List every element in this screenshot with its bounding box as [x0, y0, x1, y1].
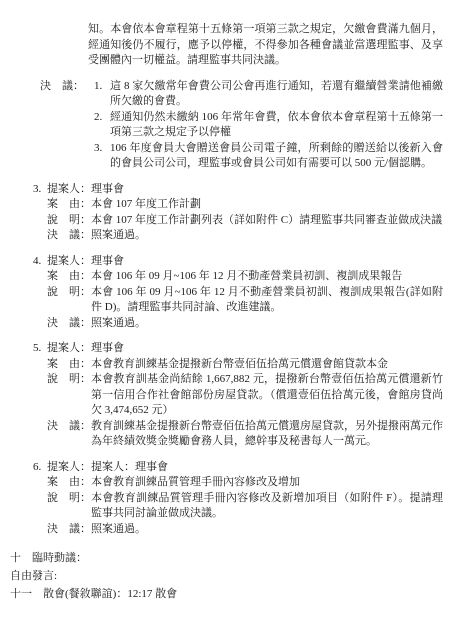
- resolution-item-number: 3.: [94, 141, 110, 172]
- resolution-label: 決 議：: [47, 522, 91, 538]
- proposal-row-case: 案 由： 本會教育訓練基金提撥新台幣壹佰伍拾萬元償還會館貸款本金: [47, 357, 443, 373]
- explanation-label: 說 明：: [47, 285, 91, 316]
- case-label: 案 由：: [47, 357, 91, 373]
- resolution-label: 決 議：: [47, 228, 91, 244]
- proposal-row-resolution: 決 議： 照案通過。: [47, 228, 443, 244]
- adjournment-line: 十一 散會(餐敘聯誼)：12:17 散會: [10, 585, 443, 603]
- case-text: 本會教育訓練基金提撥新台幣壹佰伍拾萬元償還會館貸款本金: [91, 357, 443, 373]
- proposal-row-explanation: 說 明： 本會教育訓練品質管理手冊內容修改及新增加項目（如附件 F）。提請理監事…: [47, 491, 443, 522]
- case-text: 本會教育訓練品質管理手冊內容修改及增加: [91, 475, 443, 491]
- resolution-item-text: 106 年度會員大會贈送會員公司電子鐘，所剩餘的贈送給以後新入會的會員公司公司，…: [110, 141, 443, 172]
- proposal-section-4: 4. 提案人： 理事會 案 由： 本會 106 年 09 月~106 年 12 …: [33, 254, 443, 332]
- explanation-text: 本會教育訓基金尚結餘 1,667,882 元，提撥新台幣壹佰伍拾萬元償還新竹第一…: [91, 372, 443, 419]
- resolution-text: 照案通過。: [91, 522, 443, 538]
- resolution-item: 1. 這 8 家欠繳常年會費公司公會再進行通知，若還有繼續營業請他補繳所欠繳的會…: [94, 79, 443, 110]
- proposal-number: 6.: [33, 460, 47, 476]
- explanation-text: 本會教育訓練品質管理手冊內容修改及新增加項目（如附件 F）。提請理監事共同討論並…: [91, 491, 443, 522]
- explanation-label: 說 明：: [47, 491, 91, 522]
- case-label: 案 由：: [47, 197, 91, 213]
- motions-line: 十 臨時動議：: [10, 549, 443, 567]
- continuation-paragraph: 知。本會依本會章程第十五條第一項第三款之規定，欠繳會費滿九個月，經通知後仍不履行…: [88, 22, 443, 69]
- resolution-label: 決 議：: [47, 419, 91, 450]
- resolution-label: 決 議：: [47, 316, 91, 332]
- proposal-row-explanation: 說 明： 本會教育訓基金尚結餘 1,667,882 元，提撥新台幣壹佰伍拾萬元償…: [47, 372, 443, 419]
- proposal-number: 5.: [33, 341, 47, 357]
- explanation-label: 說 明：: [47, 372, 91, 419]
- proposal-row-case: 案 由： 本會 107 年度工作計劃: [47, 197, 443, 213]
- proposal-row-resolution: 決 議： 教育訓練基金提撥新台幣壹佰伍拾萬元償還房屋貸款，另外提撥兩萬元作為年終…: [47, 419, 443, 450]
- document-page: 知。本會依本會章程第十五條第一項第三款之規定，欠繳會費滿九個月，經通知後仍不履行…: [0, 0, 452, 640]
- case-label: 案 由：: [47, 269, 91, 285]
- proposal-header: 4. 提案人： 理事會: [33, 254, 443, 270]
- resolution-item-list: 1. 這 8 家欠繳常年會費公司公會再進行通知，若還有繼續營業請他補繳所欠繳的會…: [94, 79, 443, 172]
- explanation-text: 本會 106 年 09 月~106 年 12 月不動產營業員初訓、複訓成果報告(…: [91, 285, 443, 316]
- proposal-row-resolution: 決 議： 照案通過。: [47, 522, 443, 538]
- proposal-row-case: 案 由： 本會 106 年 09 月~106 年 12 月不動產營業員初訓、複訓…: [47, 269, 443, 285]
- proposer-value: 理事會: [91, 254, 124, 270]
- proposal-row-explanation: 說 明： 本會 107 年度工作計劃列表（詳如附件 C）請理監事共同審查並做成決…: [47, 213, 443, 229]
- resolution-label: 決 議：: [40, 79, 84, 172]
- proposal-section-6: 6. 提案人：提案人： 理事會 案 由： 本會教育訓練品質管理手冊內容修改及增加…: [33, 460, 443, 538]
- proposal-row-explanation: 說 明： 本會 106 年 09 月~106 年 12 月不動產營業員初訓、複訓…: [47, 285, 443, 316]
- resolution-block: 決 議： 1. 這 8 家欠繳常年會費公司公會再進行通知，若還有繼續營業請他補繳…: [40, 79, 443, 172]
- explanation-text: 本會 107 年度工作計劃列表（詳如附件 C）請理監事共同審查並做成決議: [91, 213, 443, 229]
- resolution-item-text: 經通知仍然未繳納 106 年常年會費，依本會依本會章程第十五條第一項第三款之規定…: [110, 110, 443, 141]
- resolution-text: 照案通過。: [91, 316, 443, 332]
- proposer-label: 提案人：: [47, 254, 91, 270]
- proposal-header: 3. 提案人： 理事會: [33, 182, 443, 198]
- proposer-label: 提案人：: [47, 341, 91, 357]
- case-text: 本會 106 年 09 月~106 年 12 月不動產營業員初訓、複訓成果報告: [91, 269, 443, 285]
- proposal-header: 5. 提案人： 理事會: [33, 341, 443, 357]
- proposal-row-resolution: 決 議： 照案通過。: [47, 316, 443, 332]
- proposer-label: 提案人：: [47, 182, 91, 198]
- proposal-section-3: 3. 提案人： 理事會 案 由： 本會 107 年度工作計劃 說 明： 本會 1…: [33, 182, 443, 244]
- proposer-value: 理事會: [91, 182, 124, 198]
- resolution-item-text: 這 8 家欠繳常年會費公司公會再進行通知，若還有繼續營業請他補繳所欠繳的會費。: [110, 79, 443, 110]
- resolution-text: 教育訓練基金提撥新台幣壹佰伍拾萬元償還房屋貸款，另外提撥兩萬元作為年終績效獎金獎…: [91, 419, 443, 450]
- proposal-header: 6. 提案人：提案人： 理事會: [33, 460, 443, 476]
- case-text: 本會 107 年度工作計劃: [91, 197, 443, 213]
- proposal-section-5: 5. 提案人： 理事會 案 由： 本會教育訓練基金提撥新台幣壹佰伍拾萬元償還會館…: [33, 341, 443, 450]
- resolution-item: 2. 經通知仍然未繳納 106 年常年會費，依本會依本會章程第十五條第一項第三款…: [94, 110, 443, 141]
- proposer-value: 理事會: [135, 460, 168, 476]
- proposal-row-case: 案 由： 本會教育訓練品質管理手冊內容修改及增加: [47, 475, 443, 491]
- proposer-value: 理事會: [91, 341, 124, 357]
- resolution-item-number: 1.: [94, 79, 110, 110]
- resolution-text: 照案通過。: [91, 228, 443, 244]
- closing-block: 十 臨時動議： 自由發言: 十一 散會(餐敘聯誼)：12:17 散會: [10, 549, 443, 603]
- resolution-item: 3. 106 年度會員大會贈送會員公司電子鐘，所剩餘的贈送給以後新入會的會員公司…: [94, 141, 443, 172]
- proposer-label: 提案人：提案人：: [47, 460, 135, 476]
- resolution-item-number: 2.: [94, 110, 110, 141]
- case-label: 案 由：: [47, 475, 91, 491]
- proposal-number: 3.: [33, 182, 47, 198]
- proposal-number: 4.: [33, 254, 47, 270]
- explanation-label: 說 明：: [47, 213, 91, 229]
- free-speech-line: 自由發言:: [10, 567, 443, 585]
